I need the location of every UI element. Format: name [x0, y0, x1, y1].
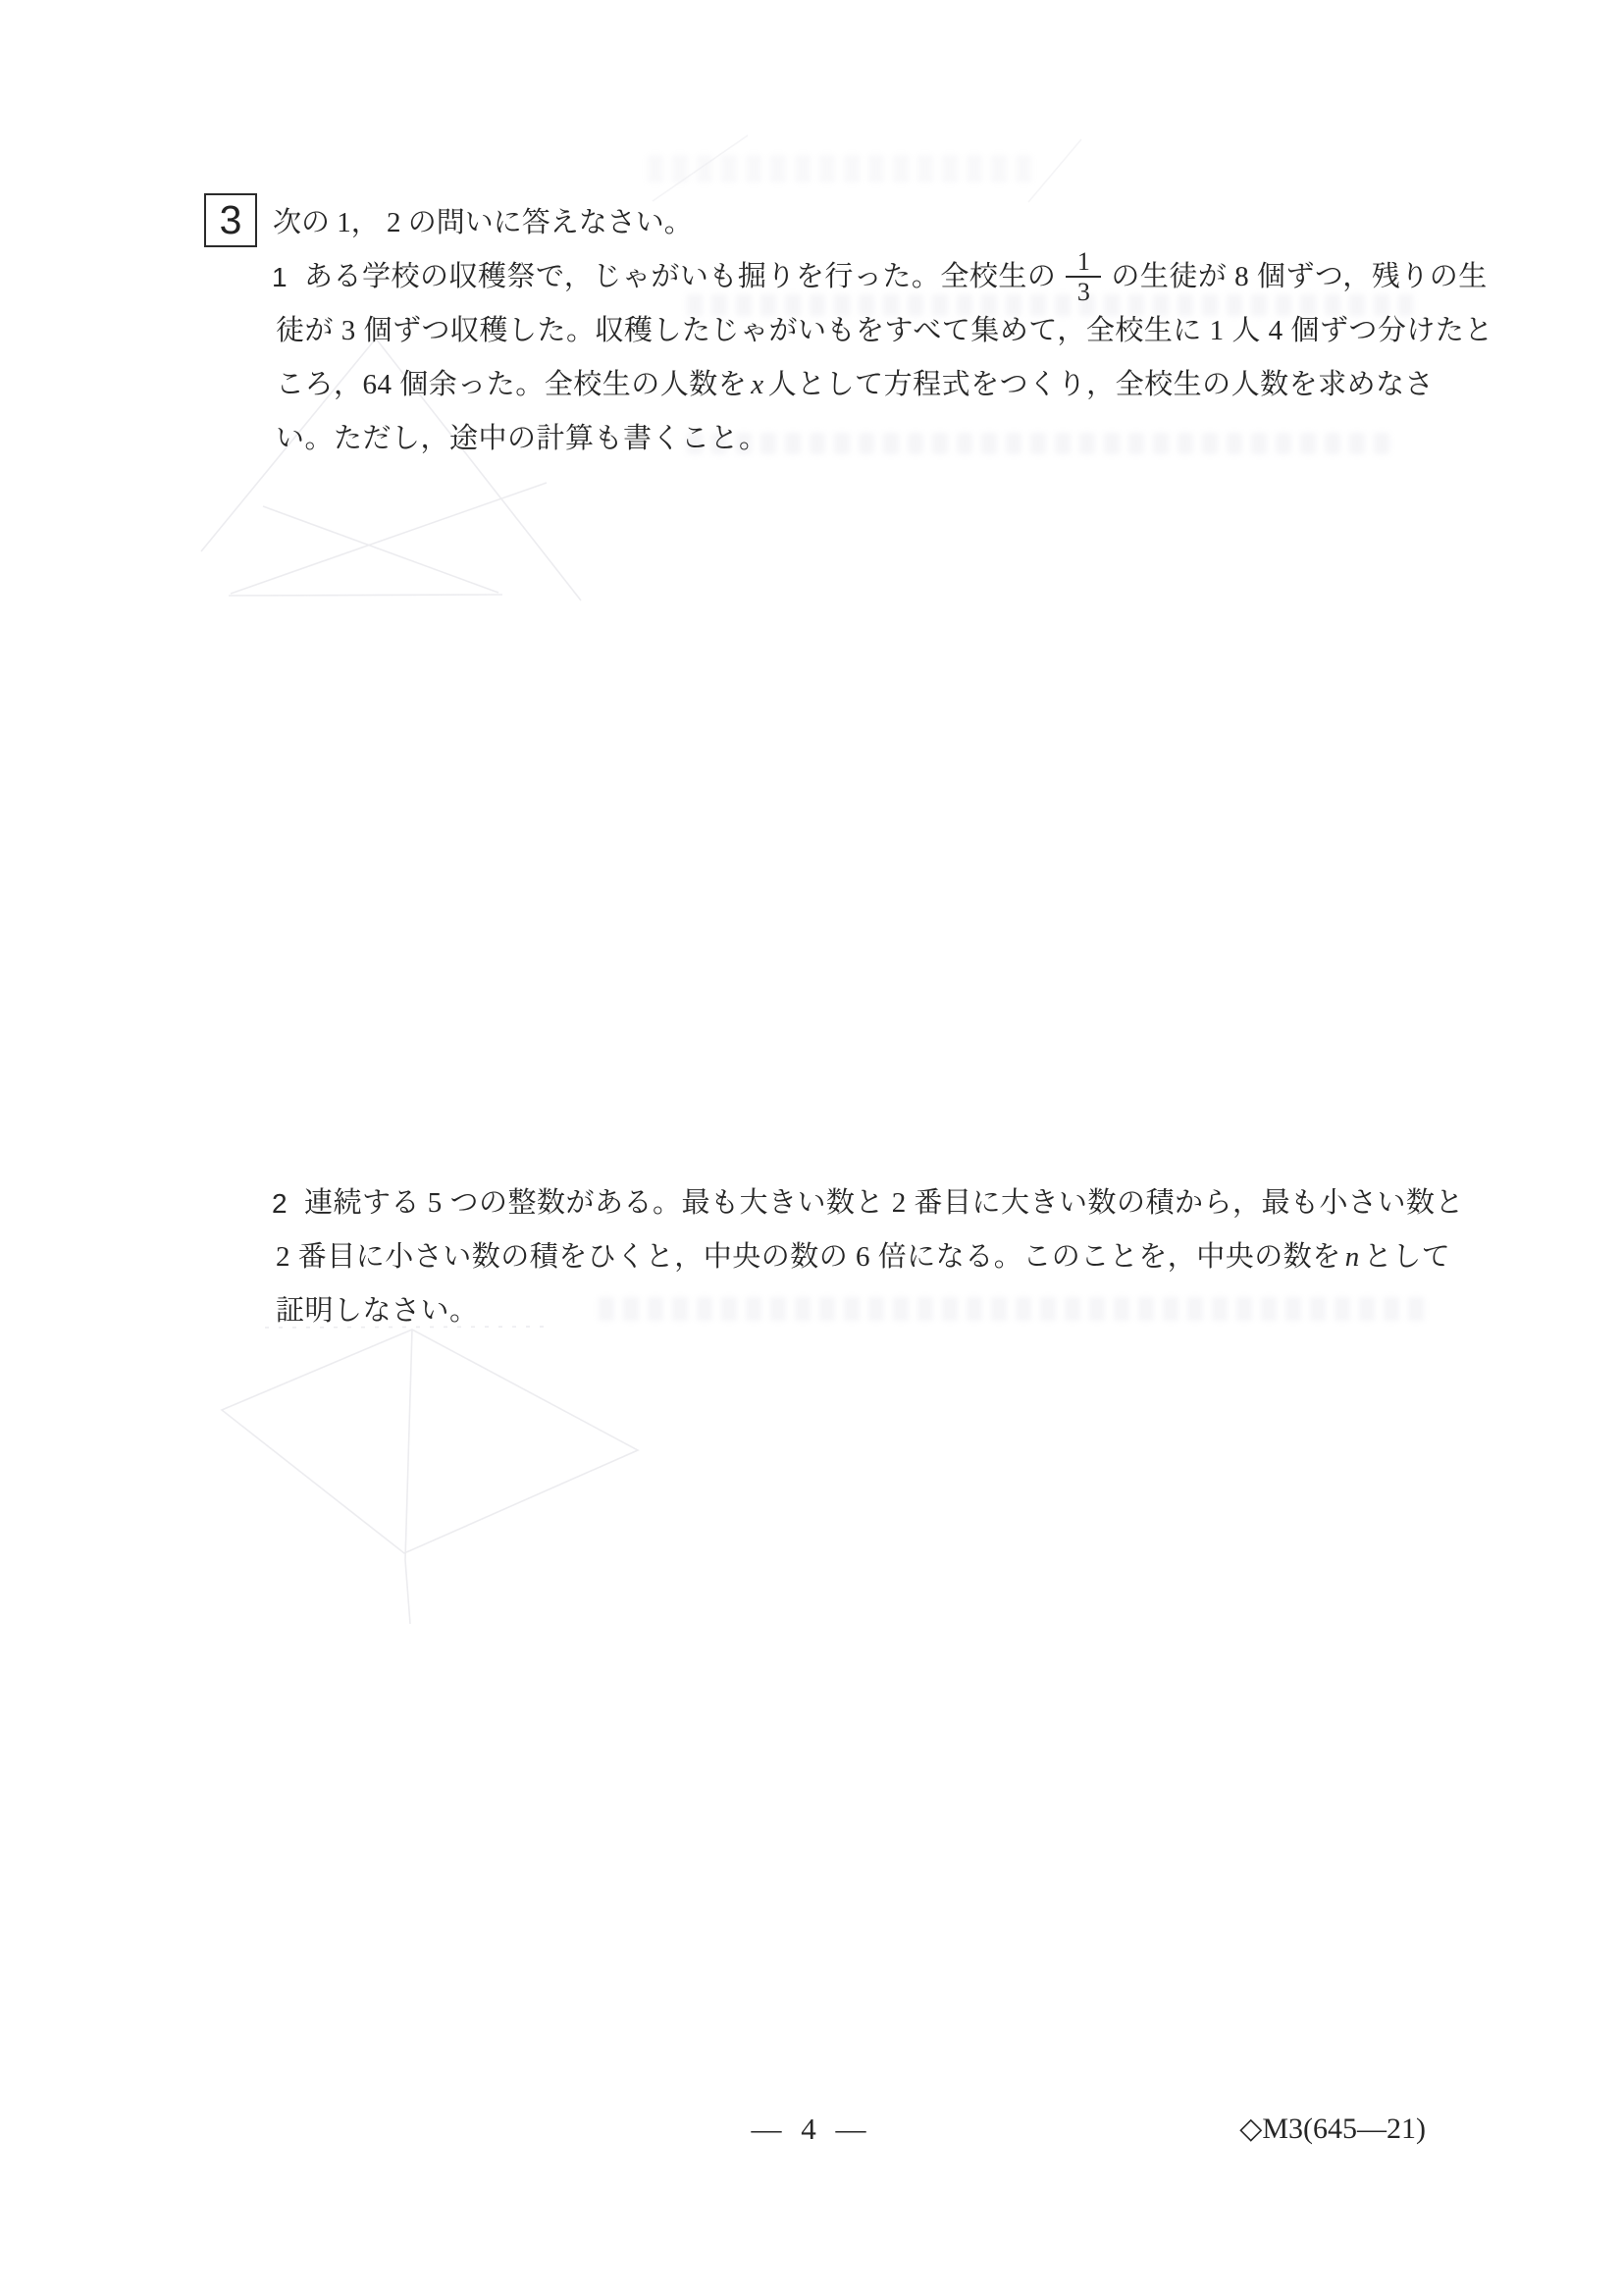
q2-line2-post: として: [1364, 1241, 1451, 1273]
problem-number: 3: [220, 200, 242, 240]
fraction-one-third: 13: [1066, 248, 1101, 305]
q1-line-1: 1 ある学校の収穫祭で，じゃがいも掘りを行った。全校生の13の生徒が 8 個ずつ…: [276, 250, 1463, 304]
problem-lead-text: 次の 1， 2 の問いに答えなさい。: [273, 200, 693, 240]
q1-line-4: い。ただし，途中の計算も書くこと。: [276, 412, 1463, 466]
exam-page: 3 次の 1， 2 の問いに答えなさい。 1 ある学校の収穫祭で，じゃがいも掘り…: [0, 0, 1623, 2296]
q1-line1-post: の生徒が 8 個ずつ，残りの生: [1111, 261, 1487, 292]
q2-line-1: 2 連続する 5 つの整数がある。最も大きい数と 2 番目に大きい数の積から，最…: [276, 1176, 1463, 1230]
variable-n: n: [1341, 1241, 1364, 1273]
q2-line2-pre: 2 番目に小さい数の積をひくと，中央の数の 6 倍になる。このことを，中央の数を: [276, 1241, 1341, 1273]
q1-line3-post: 人として方程式をつくり，全校生の人数を求めなさ: [768, 369, 1435, 400]
q1-number: 1: [272, 250, 301, 304]
q1-line3-pre: ころ，64 個余った。全校生の人数を: [276, 369, 747, 400]
question-2: 2 連続する 5 つの整数がある。最も大きい数と 2 番目に大きい数の積から，最…: [276, 1176, 1463, 1338]
q1-line-2: 徒が 3 個ずつ収穫した。収穫したじゃがいもをすべて集めて，全校生に 1 人 4…: [276, 304, 1463, 358]
question-1: 1 ある学校の収穫祭で，じゃがいも掘りを行った。全校生の13の生徒が 8 個ずつ…: [276, 250, 1463, 466]
q2-line1-text: 連続する 5 つの整数がある。最も大きい数と 2 番目に大きい数の積から，最も小…: [304, 1187, 1464, 1219]
fraction-numerator: 1: [1066, 248, 1101, 275]
q2-line-2: 2 番目に小さい数の積をひくと，中央の数の 6 倍になる。このことを，中央の数を…: [276, 1230, 1463, 1284]
variable-x: x: [747, 369, 767, 400]
q1-line1-pre: ある学校の収穫祭で，じゃがいも掘りを行った。全校生の: [304, 261, 1056, 292]
document-code: ◇M3(645—21): [1239, 2110, 1426, 2149]
ghost-text-smudge: [648, 155, 1040, 183]
q2-line-3: 証明しなさい。: [276, 1284, 1463, 1338]
problem-header: 3 次の 1， 2 の問いに答えなさい。: [204, 192, 693, 248]
problem-number-box: 3: [204, 193, 257, 247]
q2-number: 2: [272, 1176, 301, 1230]
q1-line-3: ころ，64 個余った。全校生の人数をx人として方程式をつくり，全校生の人数を求め…: [276, 358, 1463, 412]
fraction-denominator: 3: [1066, 279, 1101, 305]
